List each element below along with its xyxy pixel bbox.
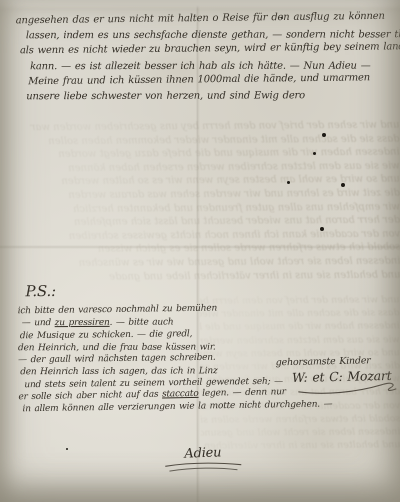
- farewell-block: Adieu: [147, 440, 258, 475]
- letter-page: und wir sehen der brief von dem herrn be…: [0, 0, 400, 502]
- postscript-line-segment: legen. — denn nur: [198, 387, 286, 399]
- bleedthrough-text-main: und wir sehen der brief von dem herrn be…: [0, 119, 400, 290]
- postscript-line-segment: — und: [22, 318, 55, 328]
- bleedthrough-text-main-line: wir empfehlen uns allen guten freunden u…: [0, 200, 400, 216]
- ink-spot: [66, 448, 68, 450]
- letter-body-paragraph-line: Meine frau und ich küssen ihnen 1000mal …: [28, 70, 396, 89]
- closing-line: gehorsamste Kinder: [276, 355, 400, 369]
- farewell-word: Adieu: [184, 445, 221, 461]
- postscript-block: P.S.: ich bitte den varesco nochmahl zu …: [17, 281, 318, 416]
- postscript-header: P.S.:: [25, 281, 317, 300]
- postscript-underlined-phrase: zu pressiren: [55, 318, 110, 328]
- letter-body-paragraph-line: als wenn es nicht wieder zu brauchen sey…: [20, 40, 396, 59]
- closing-signature-block: gehorsamste Kinder W: et C: Mozart: [276, 355, 400, 397]
- letter-body-paragraph: angesehen das er uns nicht mit halten o …: [14, 11, 397, 105]
- ink-spot: [341, 183, 345, 187]
- ink-spot: [287, 181, 290, 184]
- bleedthrough-text-main-line: indessen leben sie recht wohl und gesund…: [0, 255, 400, 271]
- ink-spot: [281, 17, 283, 19]
- horizontal-fold-crease: [0, 245, 400, 249]
- letter-body-paragraph-line: unsere liebe schwester von herzen, und s…: [26, 88, 396, 104]
- letter-body-paragraph-line: angesehen das er uns nicht mit halten o …: [16, 9, 396, 29]
- staccato-underlined-word: staccato: [162, 389, 199, 400]
- bleedthrough-text-main-line: der herr baron hat uns wieder besucht un…: [0, 214, 400, 230]
- paper-top-edge: [0, 0, 400, 9]
- postscript-line-segment: . — bitte auch: [110, 318, 174, 328]
- signature-name: W: et C: Mozart: [292, 368, 400, 385]
- ink-spot: [313, 152, 316, 155]
- farewell-underline-flourish: [161, 460, 245, 475]
- ink-spot: [320, 227, 324, 231]
- bleedthrough-text-main-line: von der academie kann ich ihnen noch nic…: [0, 227, 400, 243]
- bleedthrough-text-lower-line: sobald ich etwas erfahren werde sollen s…: [200, 412, 400, 427]
- ink-spot: [322, 133, 326, 137]
- bleedthrough-text-main-line: sobald ich etwas erfahren werde sollen s…: [0, 241, 400, 257]
- bleedthrough-text-lower-line: indessen leben sie recht wohl und gesund…: [200, 425, 400, 440]
